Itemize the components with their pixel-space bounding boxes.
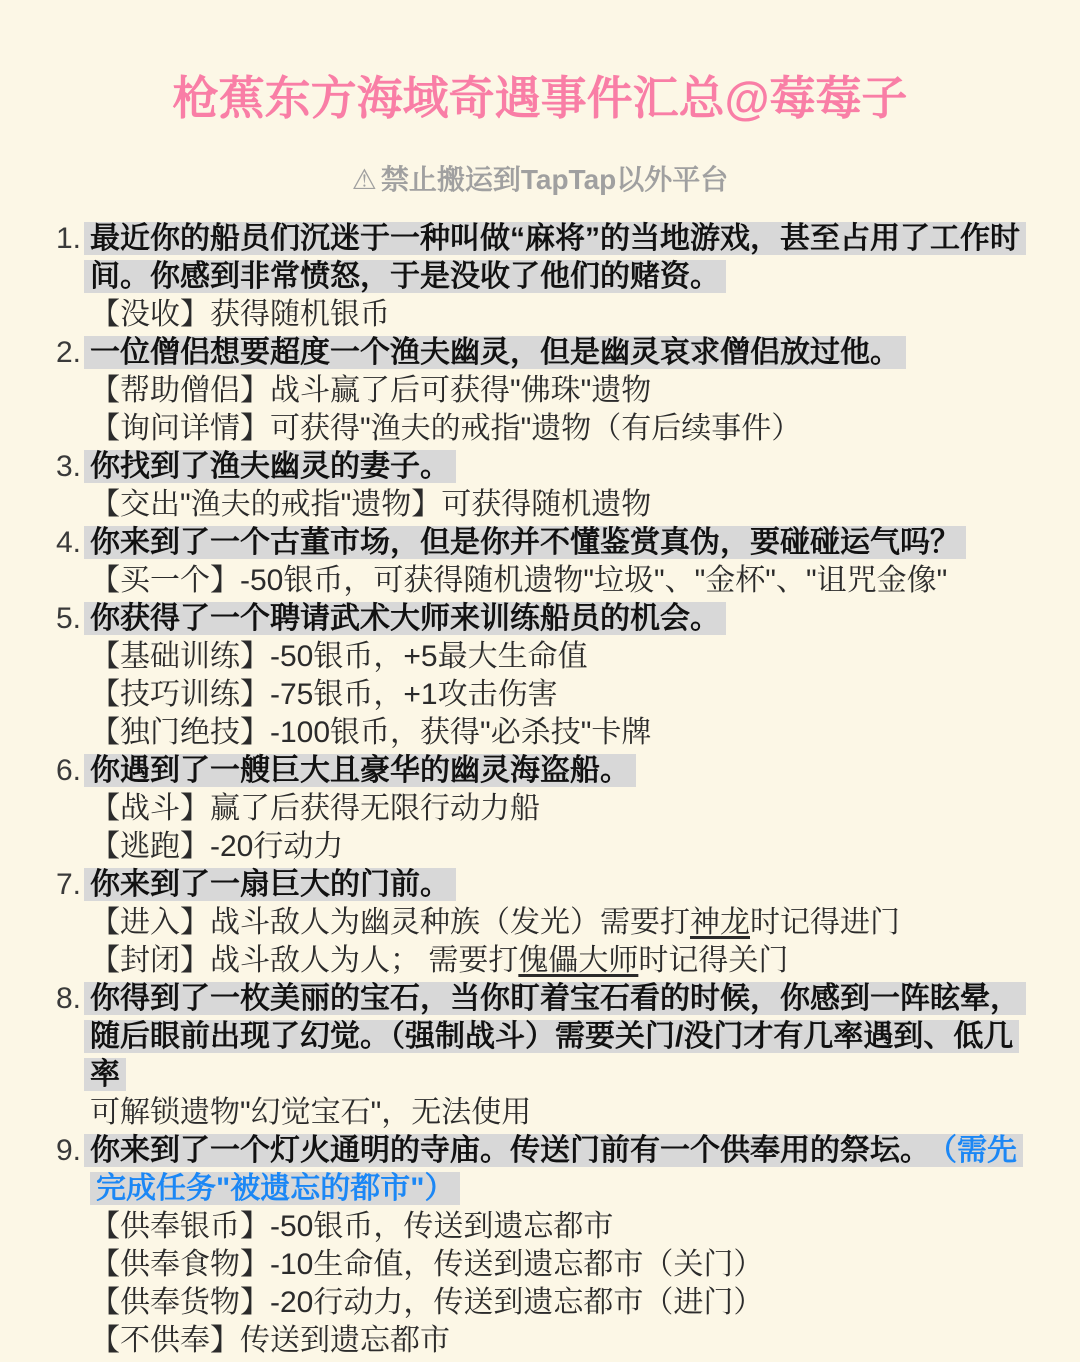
highlighted-text: 你来到了一扇巨大的门前。 xyxy=(84,868,456,901)
event-number: 3. xyxy=(43,448,81,524)
event-option: 【帮助僧侣】战斗赢了后可获得"佛珠"遗物 xyxy=(90,372,1040,410)
option-text: 【询问详情】可获得"渔夫的戒指"遗物（有后续事件） xyxy=(90,412,801,445)
event-item: 8.你得到了一枚美丽的宝石，当你盯着宝石看的时候，你感到一阵眩晕，随后眼前出现了… xyxy=(43,980,1080,1132)
event-number: 1. xyxy=(43,220,81,334)
event-option: 【询问详情】可获得"渔夫的戒指"遗物（有后续事件） xyxy=(90,410,1040,448)
option-text: 【帮助僧侣】战斗赢了后可获得"佛珠"遗物 xyxy=(90,374,651,407)
event-number: 2. xyxy=(43,334,81,448)
event-option: 【进入】战斗敌人为幽灵种族（发光）需要打神龙时记得进门 xyxy=(90,904,1040,942)
event-number: 9. xyxy=(43,1132,81,1360)
event-description: 一位僧侣想要超度一个渔夫幽灵，但是幽灵哀求僧侣放过他。 xyxy=(90,334,1040,372)
event-option: 【基础训练】-50银币，+5最大生命值 xyxy=(90,638,1040,676)
option-text: 【买一个】-50银币，可获得随机遗物"垃圾"、"金杯"、"诅咒金像" xyxy=(90,564,947,597)
event-option: 【逃跑】-20行动力 xyxy=(90,828,1040,866)
notice: ⚠禁止搬运到TapTap以外平台 xyxy=(0,164,1080,196)
event-item: 9.你来到了一个灯火通明的寺庙。传送门前有一个供奉用的祭坛。（需先完成任务"被遗… xyxy=(43,1132,1080,1360)
event-option: 【供奉银币】-50银币，传送到遗忘都市 xyxy=(90,1208,1040,1246)
event-item: 2.一位僧侣想要超度一个渔夫幽灵，但是幽灵哀求僧侣放过他。【帮助僧侣】战斗赢了后… xyxy=(43,334,1080,448)
event-description: 你来到了一个古董市场，但是你并不懂鉴赏真伪，要碰碰运气吗？ xyxy=(90,524,1040,562)
event-list: 1.最近你的船员们沉迷于一种叫做“麻将”的当地游戏，甚至占用了工作时间。你感到非… xyxy=(0,220,1080,1360)
post-image: 枪蕉东方海域奇遇事件汇总@莓莓子 ⚠禁止搬运到TapTap以外平台 1.最近你的… xyxy=(0,0,1080,1362)
event-number: 6. xyxy=(43,752,81,866)
underlined-text: 神龙 xyxy=(690,906,750,939)
highlighted-text: 你来到了一个古董市场，但是你并不懂鉴赏真伪，要碰碰运气吗？ xyxy=(84,526,966,559)
event-content: 最近你的船员们沉迷于一种叫做“麻将”的当地游戏，甚至占用了工作时间。你感到非常愤… xyxy=(90,220,1040,334)
event-content: 你来到了一个灯火通明的寺庙。传送门前有一个供奉用的祭坛。（需先完成任务"被遗忘的… xyxy=(90,1132,1040,1360)
warning-icon: ⚠ xyxy=(352,164,377,195)
event-content: 你得到了一枚美丽的宝石，当你盯着宝石看的时候，你感到一阵眩晕，随后眼前出现了幻觉… xyxy=(90,980,1040,1132)
event-content: 你来到了一个古董市场，但是你并不懂鉴赏真伪，要碰碰运气吗？【买一个】-50银币，… xyxy=(90,524,1040,600)
highlighted-text: 你找到了渔夫幽灵的妻子。 xyxy=(84,450,456,483)
event-option: 【独门绝技】-100银币，获得"必杀技"卡牌 xyxy=(90,714,1040,752)
event-content: 你找到了渔夫幽灵的妻子。【交出"渔夫的戒指"遗物】可获得随机遗物 xyxy=(90,448,1040,524)
event-option: 【没收】获得随机银币 xyxy=(90,296,1040,334)
option-text: 【独门绝技】-100银币，获得"必杀技"卡牌 xyxy=(90,716,651,749)
event-option: 【供奉食物】-10生命值，传送到遗忘都市（关门） xyxy=(90,1246,1040,1284)
event-item: 6.你遇到了一艘巨大且豪华的幽灵海盗船。【战斗】赢了后获得无限行动力船【逃跑】-… xyxy=(43,752,1080,866)
option-text: 【供奉食物】-10生命值，传送到遗忘都市（关门） xyxy=(90,1248,763,1281)
option-text: 时记得进门 xyxy=(750,906,900,939)
event-description: 你来到了一扇巨大的门前。 xyxy=(90,866,1040,904)
event-description: 你得到了一枚美丽的宝石，当你盯着宝石看的时候，你感到一阵眩晕，随后眼前出现了幻觉… xyxy=(90,980,1040,1094)
event-content: 你遇到了一艘巨大且豪华的幽灵海盗船。【战斗】赢了后获得无限行动力船【逃跑】-20… xyxy=(90,752,1040,866)
highlighted-text: 你获得了一个聘请武术大师来训练船员的机会。 xyxy=(84,602,726,635)
event-item: 3.你找到了渔夫幽灵的妻子。【交出"渔夫的戒指"遗物】可获得随机遗物 xyxy=(43,448,1080,524)
page-title: 枪蕉东方海域奇遇事件汇总@莓莓子 xyxy=(0,0,1080,124)
option-text: 【战斗】赢了后获得无限行动力船 xyxy=(90,792,540,825)
event-number: 8. xyxy=(43,980,81,1132)
option-text: 时记得关门 xyxy=(638,944,788,977)
event-option: 【交出"渔夫的戒指"遗物】可获得随机遗物 xyxy=(90,486,1040,524)
option-text: 【基础训练】-50银币，+5最大生命值 xyxy=(90,640,588,673)
option-text: 【技巧训练】-75银币，+1攻击伤害 xyxy=(90,678,558,711)
option-text: 【封闭】战斗敌人为人； 需要打 xyxy=(90,944,518,977)
event-option: 【封闭】战斗敌人为人； 需要打傀儡大师时记得关门 xyxy=(90,942,1040,980)
event-content: 你来到了一扇巨大的门前。【进入】战斗敌人为幽灵种族（发光）需要打神龙时记得进门【… xyxy=(90,866,1040,980)
event-number: 5. xyxy=(43,600,81,752)
highlighted-text: 一位僧侣想要超度一个渔夫幽灵，但是幽灵哀求僧侣放过他。 xyxy=(84,336,906,369)
event-description: 你获得了一个聘请武术大师来训练船员的机会。 xyxy=(90,600,1040,638)
option-text: 【交出"渔夫的戒指"遗物】可获得随机遗物 xyxy=(90,488,651,521)
event-option: 可解锁遗物"幻觉宝石"，无法使用 xyxy=(90,1094,1040,1132)
event-item: 4.你来到了一个古董市场，但是你并不懂鉴赏真伪，要碰碰运气吗？【买一个】-50银… xyxy=(43,524,1080,600)
event-content: 一位僧侣想要超度一个渔夫幽灵，但是幽灵哀求僧侣放过他。【帮助僧侣】战斗赢了后可获… xyxy=(90,334,1040,448)
event-content: 你获得了一个聘请武术大师来训练船员的机会。【基础训练】-50银币，+5最大生命值… xyxy=(90,600,1040,752)
event-option: 【不供奉】传送到遗忘都市 xyxy=(90,1322,1040,1360)
option-text: 【没收】获得随机银币 xyxy=(90,298,390,331)
event-item: 7.你来到了一扇巨大的门前。【进入】战斗敌人为幽灵种族（发光）需要打神龙时记得进… xyxy=(43,866,1080,980)
event-option: 【买一个】-50银币，可获得随机遗物"垃圾"、"金杯"、"诅咒金像" xyxy=(90,562,1040,600)
event-description: 你找到了渔夫幽灵的妻子。 xyxy=(90,448,1040,486)
event-number: 4. xyxy=(43,524,81,600)
event-description: 最近你的船员们沉迷于一种叫做“麻将”的当地游戏，甚至占用了工作时间。你感到非常愤… xyxy=(90,220,1040,296)
event-option: 【供奉货物】-20行动力，传送到遗忘都市（进门） xyxy=(90,1284,1040,1322)
event-description: 你来到了一个灯火通明的寺庙。传送门前有一个供奉用的祭坛。（需先完成任务"被遗忘的… xyxy=(90,1132,1040,1208)
event-option: 【技巧训练】-75银币，+1攻击伤害 xyxy=(90,676,1040,714)
event-option: 【战斗】赢了后获得无限行动力船 xyxy=(90,790,1040,828)
event-item: 5.你获得了一个聘请武术大师来训练船员的机会。【基础训练】-50银币，+5最大生… xyxy=(43,600,1080,752)
event-description: 你遇到了一艘巨大且豪华的幽灵海盗船。 xyxy=(90,752,1040,790)
highlighted-text: 最近你的船员们沉迷于一种叫做“麻将”的当地游戏，甚至占用了工作时间。你感到非常愤… xyxy=(84,222,1026,293)
underlined-text: 傀儡大师 xyxy=(518,944,638,977)
event-number: 7. xyxy=(43,866,81,980)
event-item: 1.最近你的船员们沉迷于一种叫做“麻将”的当地游戏，甚至占用了工作时间。你感到非… xyxy=(43,220,1080,334)
option-text: 【不供奉】传送到遗忘都市 xyxy=(90,1324,450,1357)
highlighted-text: 你来到了一个灯火通明的寺庙。传送门前有一个供奉用的祭坛。 xyxy=(84,1134,936,1167)
highlighted-text: 你遇到了一艘巨大且豪华的幽灵海盗船。 xyxy=(84,754,636,787)
highlighted-text: 你得到了一枚美丽的宝石，当你盯着宝石看的时候，你感到一阵眩晕，随后眼前出现了幻觉… xyxy=(84,982,1026,1091)
option-text: 【供奉货物】-20行动力，传送到遗忘都市（进门） xyxy=(90,1286,763,1319)
notice-text: 禁止搬运到TapTap以外平台 xyxy=(381,164,728,195)
option-text: 【逃跑】-20行动力 xyxy=(90,830,343,863)
option-text: 【进入】战斗敌人为幽灵种族（发光）需要打 xyxy=(90,906,690,939)
option-text: 【供奉银币】-50银币，传送到遗忘都市 xyxy=(90,1210,613,1243)
option-text: 可解锁遗物"幻觉宝石"，无法使用 xyxy=(90,1096,531,1129)
